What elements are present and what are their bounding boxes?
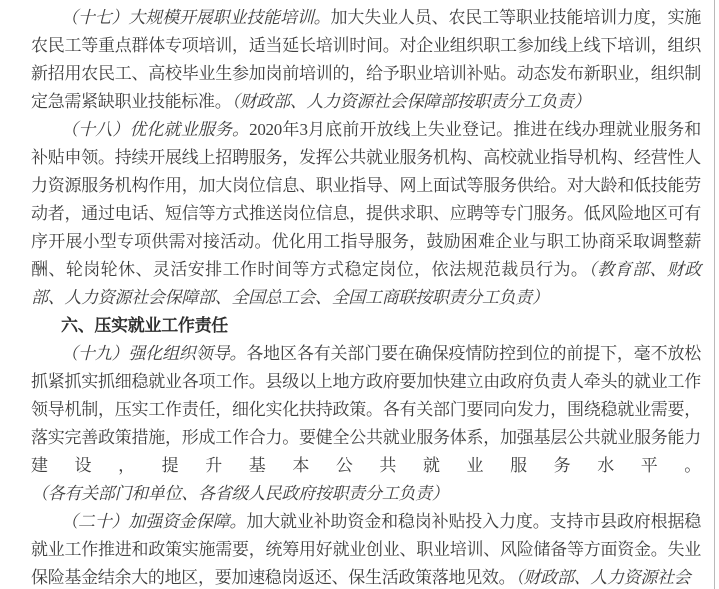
paragraph-18: （十八）优化就业服务。2020年3月底前开放线上失业登记。推进在线办理就业服务和… bbox=[31, 116, 701, 312]
document-page: （十七）大规模开展职业技能培训。加大失业人员、农民工等职业技能培训力度，实施农民… bbox=[0, 0, 719, 589]
section-heading-six: 六、压实就业工作责任 bbox=[31, 312, 701, 340]
paragraph-19-attribution: （各有关部门和单位、各省级人民政府按职责分工负责） bbox=[31, 484, 449, 503]
paragraph-17-attribution: （财政部、人力资源社会保障部按职责分工负责） bbox=[231, 92, 590, 111]
window-right-border bbox=[714, 0, 715, 589]
document-text-area: （十七）大规模开展职业技能培训。加大失业人员、农民工等职业技能培训力度，实施农民… bbox=[31, 4, 701, 589]
paragraph-20-lead: （二十）加强资金保障。 bbox=[61, 512, 246, 531]
paragraph-19-lead: （十九）强化组织领导。 bbox=[61, 344, 246, 363]
paragraph-20-attribution: （财政部、人力资源社会 bbox=[515, 568, 690, 587]
paragraph-17-lead: （十七）大规模开展职业技能培训。 bbox=[61, 8, 331, 27]
paragraph-19-body: 各地区各有关部门要在确保疫情防控到位的前提下，毫不放松抓紧抓实抓细稳就业各项工作… bbox=[31, 344, 701, 475]
paragraph-19: （十九）强化组织领导。各地区各有关部门要在确保疫情防控到位的前提下，毫不放松抓紧… bbox=[31, 340, 701, 508]
paragraph-17: （十七）大规模开展职业技能培训。加大失业人员、农民工等职业技能培训力度，实施农民… bbox=[31, 4, 701, 116]
paragraph-20: （二十）加强资金保障。加大就业补助资金和稳岗补贴投入力度。支持市县政府根据稳就业… bbox=[31, 508, 701, 589]
paragraph-18-body: 2020年3月底前开放线上失业登记。推进在线办理就业服务和补贴申领。持续开展线上… bbox=[31, 120, 701, 279]
paragraph-18-lead: （十八）优化就业服务。 bbox=[61, 120, 249, 139]
